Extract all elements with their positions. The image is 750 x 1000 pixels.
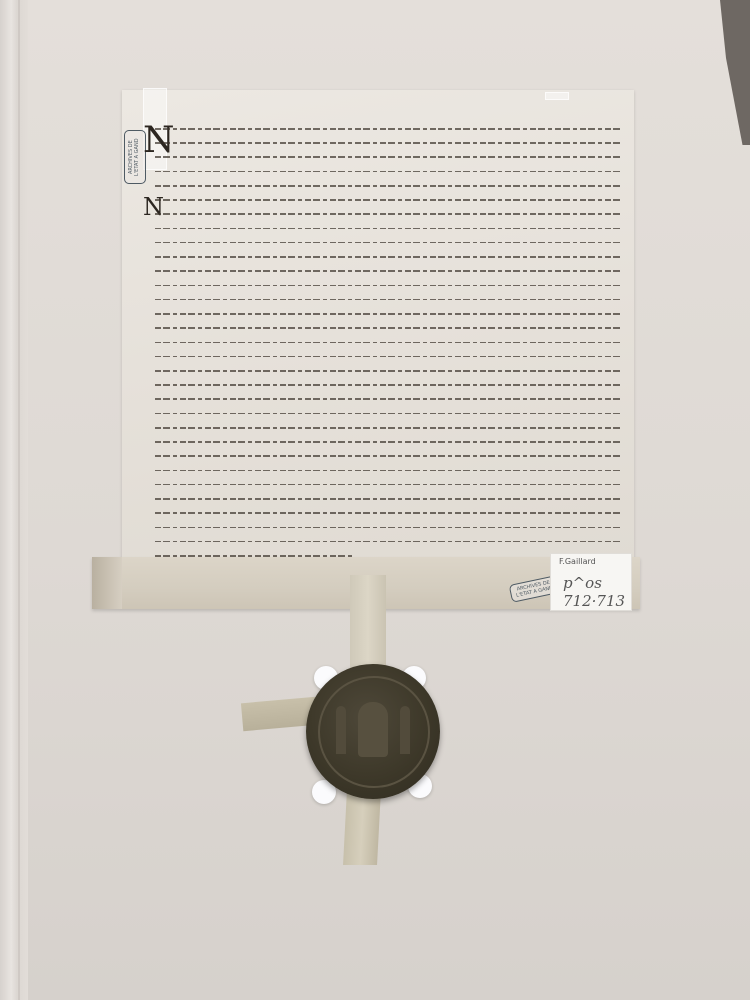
mounting-tape-right	[545, 92, 569, 100]
seal-strap-top	[350, 575, 386, 670]
seal-tower-right	[400, 706, 410, 754]
seal-strap-bottom	[343, 790, 381, 865]
wax-seal	[306, 664, 440, 799]
charter-text	[155, 128, 623, 569]
mount-frame-edge	[0, 0, 28, 1000]
catalog-label-name: F.Gaillard	[559, 557, 596, 566]
seal-figure	[358, 702, 388, 757]
catalog-label-reference: p^os 712·713	[563, 574, 631, 610]
background-wall-corner	[720, 0, 750, 145]
seal-tower-left	[336, 706, 346, 754]
catalog-label: F.Gaillard p^os 712·713	[550, 553, 632, 611]
